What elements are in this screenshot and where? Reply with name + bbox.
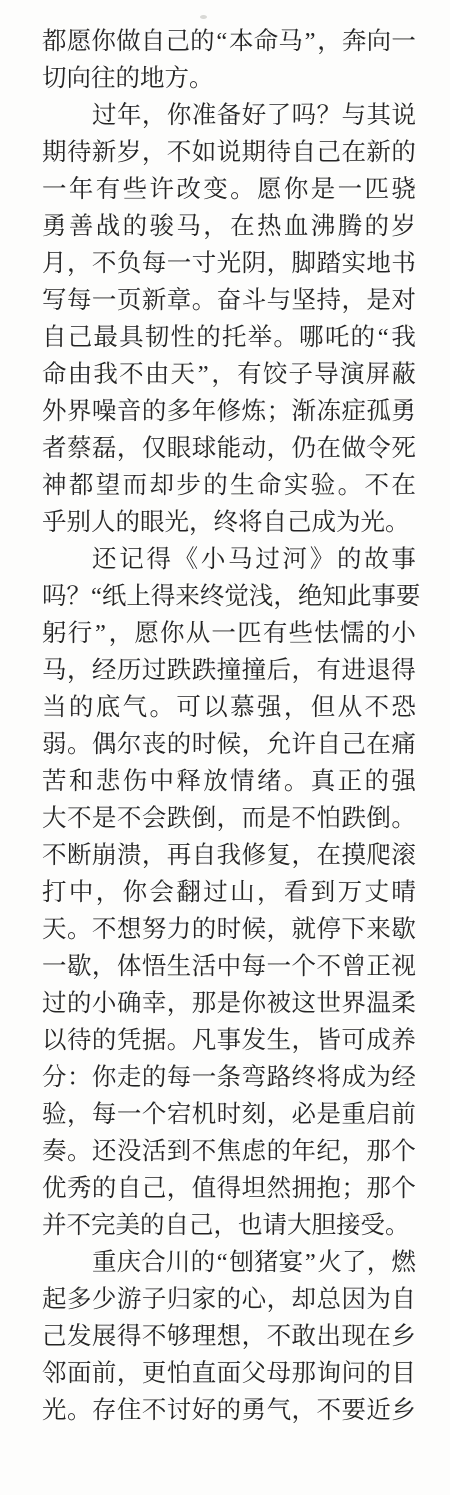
book-page: 都愿你做自己的“本命马”，奔向一切向往的地方。过年，你准备好了吗？与其说期待新岁…	[0, 0, 450, 1495]
text-line: 月，不负每一寸光阴，脚踏实地书	[42, 246, 416, 283]
text-line: 期待新岁，不如说期待自己在新的	[42, 135, 416, 172]
text-line: 过的小确幸，那是你被这世界温柔	[42, 986, 416, 1023]
page-text: 都愿你做自己的“本命马”，奔向一切向往的地方。过年，你准备好了吗？与其说期待新岁…	[42, 24, 416, 1430]
text-line: 外界噪音的多年修炼；渐冻症孤勇	[42, 394, 416, 431]
text-line: 还记得《小马过河》的故事	[42, 542, 416, 579]
text-line: 都愿你做自己的“本命马”，奔向一	[42, 24, 416, 61]
text-line: 光。存住不讨好的勇气，不要近乡	[42, 1393, 416, 1430]
paragraph: 都愿你做自己的“本命马”，奔向一切向往的地方。	[42, 24, 416, 98]
text-line: 以待的凭据。凡事发生，皆可成养	[42, 1023, 416, 1060]
paragraph: 还记得《小马过河》的故事吗？“纸上得来终觉浅，绝知此事要躬行”，愿你从一匹有些怯…	[42, 542, 416, 1245]
text-line: 分：你走的每一条弯路终将成为经	[42, 1060, 416, 1097]
text-line: 优秀的自己，值得坦然拥抱；那个	[42, 1171, 416, 1208]
text-line: 吗？“纸上得来终觉浅，绝知此事要	[42, 579, 416, 616]
text-line: 切向往的地方。	[42, 61, 416, 98]
text-line: 马，经历过跌跌撞撞后，有进退得	[42, 653, 416, 690]
text-line: 过年，你准备好了吗？与其说	[42, 98, 416, 135]
text-line: 一歇，体悟生活中每一个不曾正视	[42, 949, 416, 986]
text-line: 勇善战的骏马，在热血沸腾的岁	[42, 209, 416, 246]
paragraph: 过年，你准备好了吗？与其说期待新岁，不如说期待自己在新的一年有些许改变。愿你是一…	[42, 98, 416, 542]
text-line: 躬行”，愿你从一匹有些怯懦的小	[42, 616, 416, 653]
text-line: 自己最具韧性的托举。哪吒的“我	[42, 320, 416, 357]
text-line: 天。不想努力的时候，就停下来歇	[42, 912, 416, 949]
text-line: 乎别人的眼光，终将自己成为光。	[42, 505, 416, 542]
text-line: 当的底气。可以慕强，但从不恐	[42, 690, 416, 727]
text-line: 不断崩溃，再自我修复，在摸爬滚	[42, 838, 416, 875]
text-line: 起多少游子归家的心，却总因为自	[42, 1282, 416, 1319]
text-line: 者蔡磊，仅眼球能动，仍在做令死	[42, 431, 416, 468]
text-line: 验，每一个宕机时刻，必是重启前	[42, 1097, 416, 1134]
text-line: 己发展得不够理想，不敢出现在乡	[42, 1319, 416, 1356]
text-line: 并不完美的自己，也请大胆接受。	[42, 1208, 416, 1245]
text-line: 一年有些许改变。愿你是一匹骁	[42, 172, 416, 209]
text-line: 邻面前，更怕直面父母那询问的目	[42, 1356, 416, 1393]
text-line: 苦和悲伤中释放情绪。真正的强	[42, 764, 416, 801]
text-line: 打中，你会翻过山，看到万丈晴	[42, 875, 416, 912]
text-line: 大不是不会跌倒，而是不怕跌倒。	[42, 801, 416, 838]
paragraph: 重庆合川的“刨猪宴”火了，燃起多少游子归家的心，却总因为自己发展得不够理想，不敢…	[42, 1245, 416, 1430]
text-line: 弱。偶尔丧的时候，允许自己在痛	[42, 727, 416, 764]
text-line: 命由我不由天”，有饺子导演屏蔽	[42, 357, 416, 394]
text-line: 写每一页新章。奋斗与坚持，是对	[42, 283, 416, 320]
text-line: 神都望而却步的生命实验。不在	[42, 468, 416, 505]
text-line: 奏。还没活到不焦虑的年纪，那个	[42, 1134, 416, 1171]
text-line: 重庆合川的“刨猪宴”火了，燃	[42, 1245, 416, 1282]
page-speck	[200, 15, 207, 19]
